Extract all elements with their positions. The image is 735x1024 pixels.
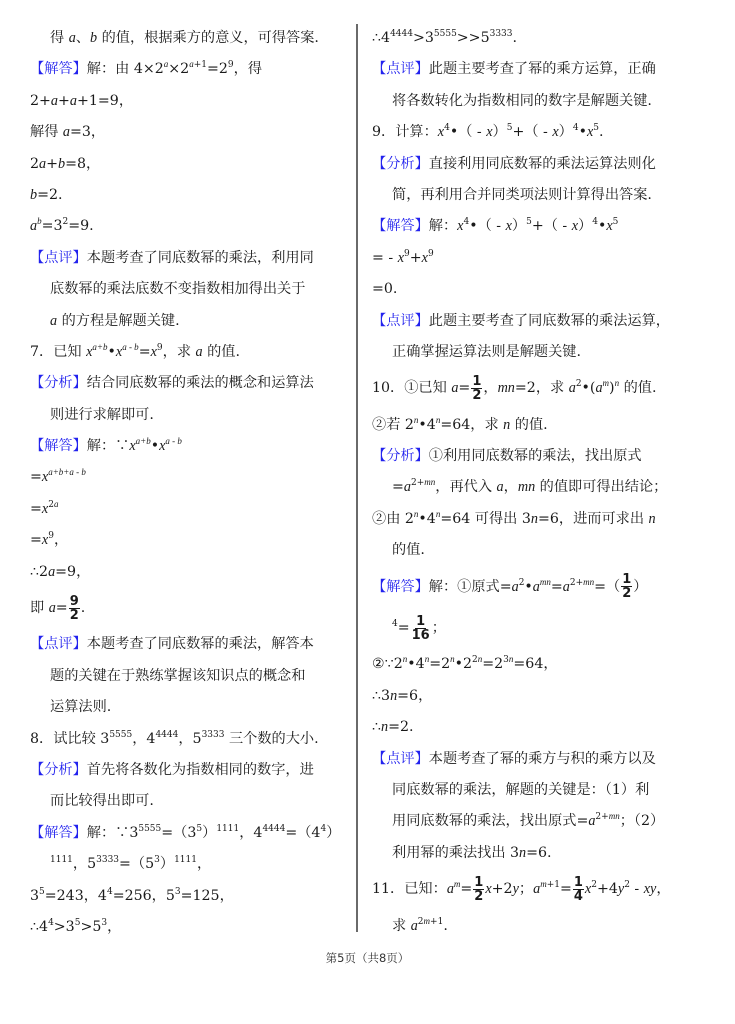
text-line: ②∵2n•4n=2n•22n=23n=64，	[372, 654, 712, 674]
text-line: 即 a=92.	[30, 593, 348, 623]
text-line: 而比较得出即可.	[30, 791, 348, 811]
text-line: 题的关键在于熟练掌握该知识点的概念和	[30, 666, 348, 686]
answer-line: 【解答】解：①原式=a2•amn=a2+mn=（12）	[372, 572, 712, 602]
text-line: 2+a+a+1=9，	[30, 91, 348, 111]
text-line: 4=116；	[372, 613, 712, 643]
answer-line: 【解答】解：由 4×2a×2a+1=29，得	[30, 59, 348, 79]
answer-line: 【解答】解：∵xa+b•xa - b	[30, 436, 348, 456]
text-line: 运算法则.	[30, 697, 348, 717]
question-7: 7．已知 xa+b•xa - b=x9，求 a 的值.	[30, 342, 348, 362]
comment-line: 【点评】本题考查了同底数幂的乘法，解答本	[30, 634, 348, 654]
answer-label: 【解答】	[30, 438, 87, 454]
text-line: ∴3n=6，	[372, 686, 712, 706]
comment-line: 【点评】本题考查了同底数幂的乘法，利用同	[30, 248, 348, 268]
analysis-label: 【分析】	[30, 762, 87, 778]
text-line: ∴44>35>53，	[30, 917, 348, 937]
text-line: b=2.	[30, 185, 348, 205]
text-line: ab=32=9.	[30, 216, 348, 236]
page-footer: 第5页（共8页）	[0, 950, 735, 966]
text-line: 正确掌握运算法则是解题关键.	[372, 342, 712, 362]
text-line: ∴2a=9，	[30, 562, 348, 582]
left-column: 得 a、b 的值，根据乘方的意义，可得答案. 【解答】解：由 4×2a×2a+1…	[30, 28, 348, 948]
text-line: 得 a、b 的值，根据乘方的意义，可得答案.	[30, 28, 348, 48]
text-line: ②由 2n•4n=64 可得出 3n=6，进而可求出 n	[372, 509, 712, 529]
text-line: 利用幂的乘法找出 3n=6.	[372, 843, 712, 863]
text-line: ∴44444>35555>>53333.	[372, 28, 712, 48]
text-line: 底数幂的乘法底数不变指数相加得出关于	[30, 279, 348, 299]
text-line: 简，再利用合并同类项法则计算得出答案.	[372, 185, 712, 205]
fraction: 12	[473, 876, 484, 903]
text-line: =a2+mn，再代入 a，mn 的值即可得出结论；	[372, 477, 712, 497]
answer-label: 【解答】	[30, 61, 87, 77]
analysis-line: 【分析】直接利用同底数幂的乘法运算法则化	[372, 154, 712, 174]
fraction: 14	[573, 876, 584, 903]
comment-label: 【点评】	[30, 636, 87, 652]
comment-line: 【点评】此题主要考查了幂的乘方运算，正确	[372, 59, 712, 79]
comment-label: 【点评】	[372, 61, 429, 77]
text-line: ∴n=2.	[372, 717, 712, 737]
question-8: 8．试比较 35555，44444，53333 三个数的大小.	[30, 729, 348, 749]
comment-line: 【点评】本题考查了幂的乘方与积的乘方以及	[372, 749, 712, 769]
analysis-line: 【分析】首先将各数化为指数相同的数字，进	[30, 760, 348, 780]
text-line: =0.	[372, 279, 712, 299]
text-line: 解得 a=3，	[30, 122, 348, 142]
answer-label: 【解答】	[372, 218, 429, 234]
text-line: 将各数转化为指数相同的数字是解题关键.	[372, 91, 712, 111]
text-line: 用同底数幂的乘法，找出原式=a2+mn；（2）	[372, 811, 712, 831]
analysis-label: 【分析】	[30, 375, 87, 391]
text-line: 求 a2m+1.	[372, 916, 712, 936]
fraction: 116	[411, 615, 431, 642]
question-11: 11．已知：am=12x+2y；am+1=14x2+4y2 - xy，	[372, 874, 712, 904]
text-line: =x2a	[30, 499, 348, 519]
answer-line: 【解答】解：x4•（ - x）5+（ - x）4•x5	[372, 216, 712, 236]
text-line: a 的方程是解题关键.	[30, 311, 348, 331]
text-line: ②若 2n•4n=64，求 n 的值.	[372, 415, 712, 435]
question-10: 10．①已知 a=12，mn=2，求 a2•(am)n 的值.	[372, 373, 712, 403]
question-9: 9．计算：x4•（ - x）5+（ - x）4•x5.	[372, 122, 712, 142]
analysis-line: 【分析】结合同底数幂的乘法的概念和运算法	[30, 373, 348, 393]
answer-line: 【解答】解：∵35555=（35）1111，44444=（44）	[30, 823, 348, 843]
text-line: = - x9+x9	[372, 248, 712, 268]
right-column: ∴44444>35555>>53333. 【点评】此题主要考查了幂的乘方运算，正…	[372, 28, 712, 947]
text-line: =x9，	[30, 530, 348, 550]
fraction: 12	[471, 375, 482, 402]
comment-label: 【点评】	[372, 313, 429, 329]
analysis-label: 【分析】	[372, 448, 429, 464]
text-line: 同底数幂的乘法，解题的关键是：（1）利	[372, 780, 712, 800]
text-line: 1111，53333=（53）1111，	[30, 854, 348, 874]
comment-line: 【点评】此题主要考查了同底数幂的乘法运算，	[372, 311, 712, 331]
text-line: 则进行求解即可.	[30, 405, 348, 425]
answer-label: 【解答】	[30, 825, 87, 841]
comment-label: 【点评】	[30, 250, 87, 266]
text-line: =xa+b+a - b	[30, 467, 348, 487]
comment-label: 【点评】	[372, 751, 429, 767]
answer-label: 【解答】	[372, 579, 429, 595]
text-line: 35=243，44=256，53=125，	[30, 886, 348, 906]
analysis-line: 【分析】①利用同底数幂的乘法，找出原式	[372, 446, 712, 466]
analysis-label: 【分析】	[372, 156, 429, 172]
text-line: 2a+b=8，	[30, 154, 348, 174]
fraction: 12	[621, 573, 632, 600]
fraction: 92	[69, 595, 80, 622]
column-divider	[356, 24, 358, 932]
text-line: 的值.	[372, 540, 712, 560]
